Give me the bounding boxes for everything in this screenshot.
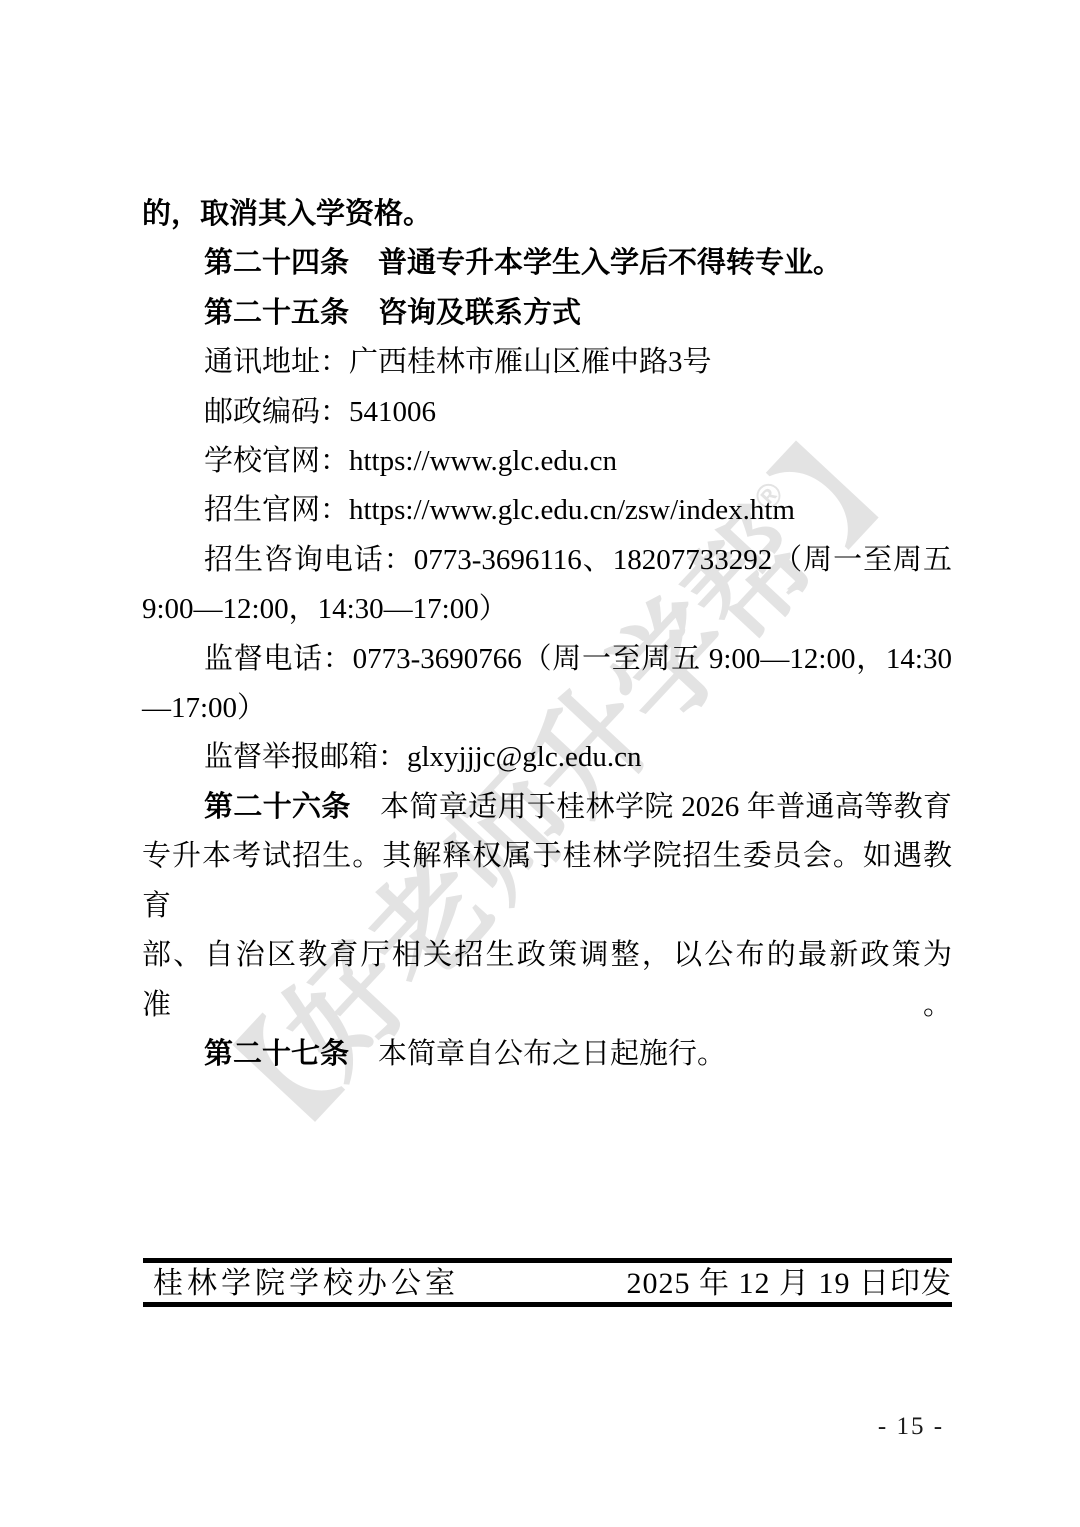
bold-text: 第二十六条 bbox=[204, 791, 351, 823]
body-text: 9:00—12:00，14:30—17:00） bbox=[142, 593, 508, 625]
text-line: 通讯地址：广西桂林市雁山区雁中路3号 bbox=[142, 338, 952, 387]
text-line: 学校官网：https://www.glc.edu.cn bbox=[142, 437, 952, 486]
bold-text: 咨询及联系方式 bbox=[349, 297, 581, 329]
text-line: 招生官网：https://www.glc.edu.cn/zsw/index.ht… bbox=[142, 486, 952, 535]
footer-rule-bottom bbox=[143, 1302, 952, 1307]
text-line: 的，取消其入学资格。 bbox=[142, 190, 952, 239]
text-line: 第二十四条 普通专升本学生入学后不得转专业。 bbox=[142, 239, 952, 288]
text-line: 9:00—12:00，14:30—17:00） bbox=[142, 585, 952, 634]
bold-text: 的，取消其入学资格。 bbox=[142, 198, 432, 230]
text-line: 第二十七条 本简章自公布之日起施行。 bbox=[142, 1030, 952, 1079]
text-line: 邮政编码：541006 bbox=[142, 388, 952, 437]
bold-text: 第二十四条 bbox=[204, 247, 349, 279]
bold-text: 普通专升本学生入学后不得转专业。 bbox=[349, 247, 842, 279]
body-text: —17:00） bbox=[142, 692, 266, 724]
body-text: 招生咨询电话：0773-3696116、18207733292（周一至周五 bbox=[204, 544, 952, 576]
text-line: 招生咨询电话：0773-3696116、18207733292（周一至周五 bbox=[142, 536, 952, 585]
text-line: 监督电话：0773-3690766（周一至周五 9:00—12:00，14:30 bbox=[142, 635, 952, 684]
page-number: - 15 - bbox=[855, 1413, 967, 1441]
text-line: 部、自治区教育厅相关招生政策调整，以公布的最新政策为准。 bbox=[142, 931, 952, 1030]
body-text: 学校官网：https://www.glc.edu.cn bbox=[204, 445, 617, 477]
footer-row: 桂林学院学校办公室 2025 年 12 月 19 日印发 bbox=[143, 1262, 952, 1302]
text-line: 专升本考试招生。其解释权属于桂林学院招生委员会。如遇教育 bbox=[142, 832, 952, 931]
footer-issue-date: 2025 年 12 月 19 日印发 bbox=[627, 1258, 953, 1302]
text-line: —17:00） bbox=[142, 684, 952, 733]
footer-issuer: 桂林学院学校办公室 bbox=[143, 1258, 459, 1302]
body-text: 本简章自公布之日起施行。 bbox=[349, 1038, 726, 1070]
text-line: 第二十五条 咨询及联系方式 bbox=[142, 289, 952, 338]
body-text: 通讯地址：广西桂林市雁山区雁中路3号 bbox=[204, 346, 712, 378]
bold-text: 第二十七条 bbox=[204, 1038, 349, 1070]
body-text: 本简章适用于桂林学院 2026 年普通高等教育 bbox=[351, 791, 952, 823]
text-line: 第二十六条 本简章适用于桂林学院 2026 年普通高等教育 bbox=[142, 783, 952, 832]
body-text: 监督电话：0773-3690766（周一至周五 9:00—12:00，14:30 bbox=[204, 643, 952, 675]
text-line: 监督举报邮箱：glxyjjjc@glc.edu.cn bbox=[142, 733, 952, 782]
body-text: 专升本考试招生。其解释权属于桂林学院招生委员会。如遇教育 bbox=[142, 840, 952, 921]
body-text: 邮政编码：541006 bbox=[204, 396, 436, 428]
body-text: 招生官网：https://www.glc.edu.cn/zsw/index.ht… bbox=[204, 494, 795, 526]
bold-text: 第二十五条 bbox=[204, 297, 349, 329]
body-text: 监督举报邮箱：glxyjjjc@glc.edu.cn bbox=[204, 741, 641, 773]
document-body: 的，取消其入学资格。第二十四条 普通专升本学生入学后不得转专业。第二十五条 咨询… bbox=[142, 190, 952, 1079]
body-text: 部、自治区教育厅相关招生政策调整，以公布的最新政策为准。 bbox=[142, 939, 952, 1020]
